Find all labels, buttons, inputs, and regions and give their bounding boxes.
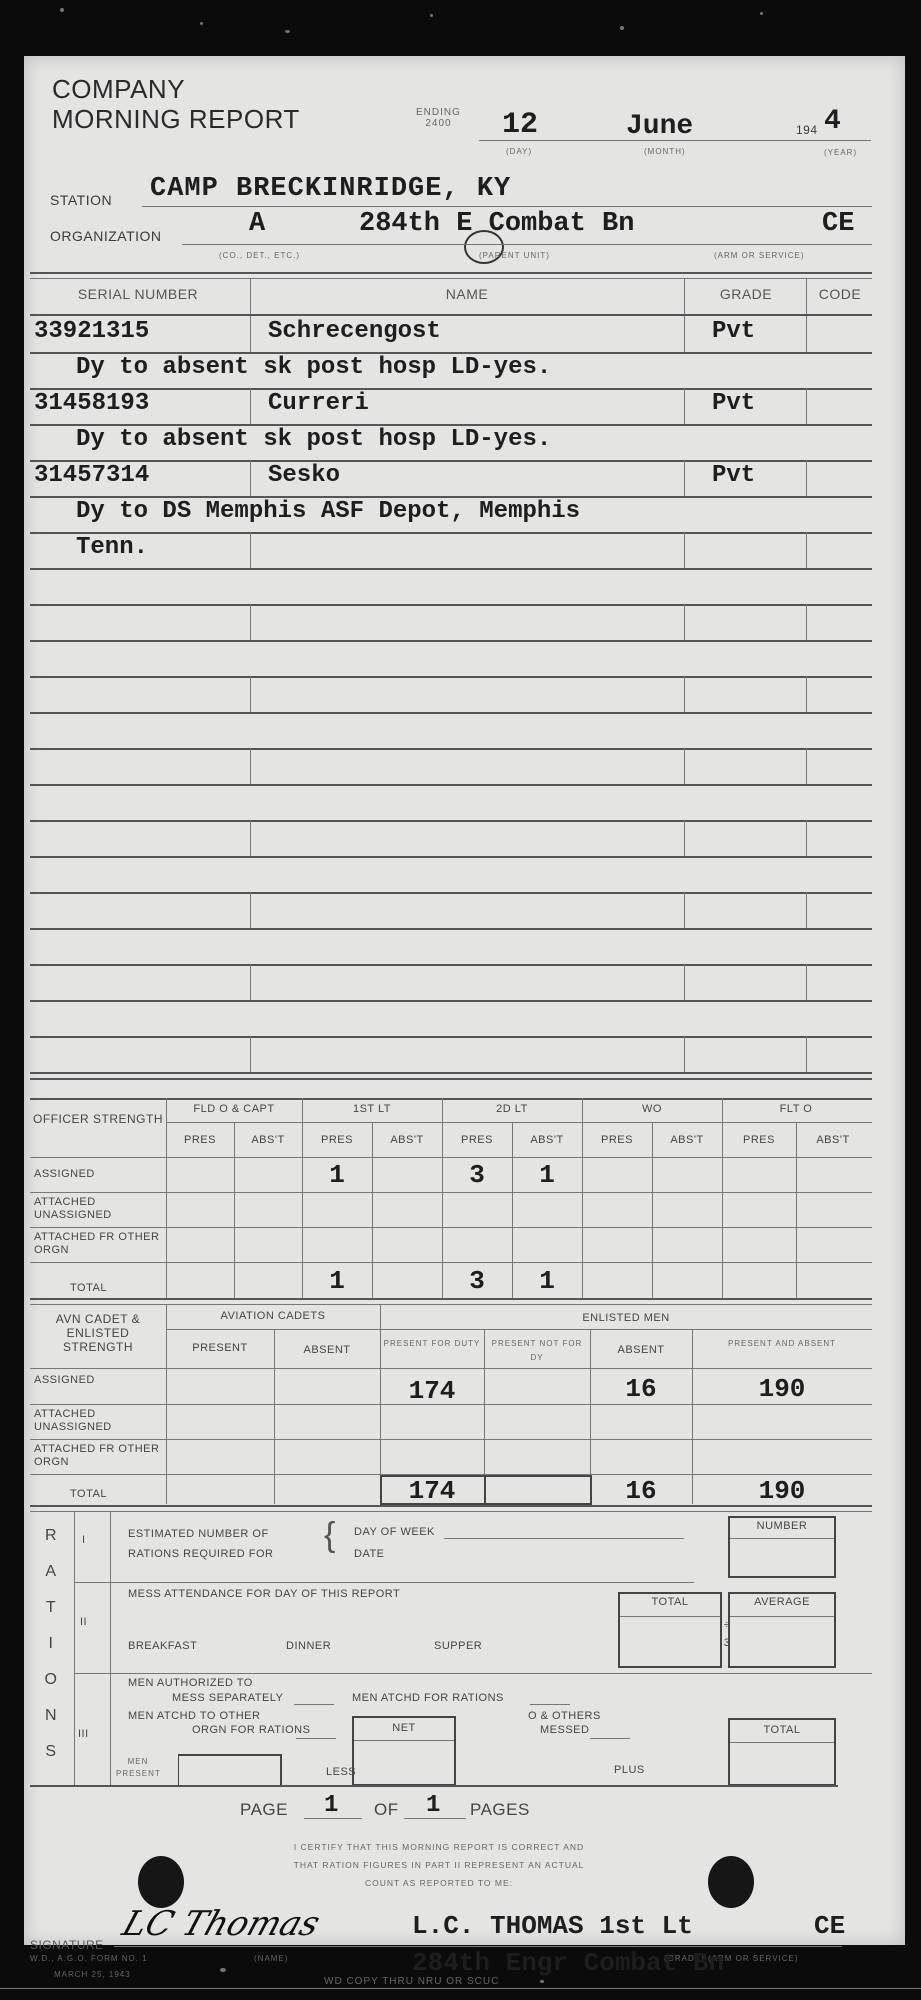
day-of-week-field[interactable] — [444, 1538, 684, 1539]
station-label: STATION — [50, 192, 112, 208]
group-wo: WO — [582, 1103, 722, 1115]
row-rule — [30, 1262, 872, 1263]
enlisted-total-absent: 16 — [590, 1476, 692, 1506]
atchd-other-label-2: ORGN FOR RATIONS — [192, 1724, 310, 1736]
others-label-2: MESSED — [540, 1724, 589, 1736]
group-enlisted-men: ENLISTED MEN — [380, 1312, 872, 1324]
row-label-assigned: ASSIGNED — [34, 1168, 95, 1180]
officer-total-2dlt-abst: 1 — [512, 1266, 582, 1296]
col-divider — [652, 1122, 653, 1298]
entry-grade: Pvt — [712, 462, 755, 489]
entry-serial: 31458193 — [34, 390, 149, 417]
col-divider — [806, 820, 807, 856]
roster-top-rule-2 — [30, 278, 872, 279]
meal-dinner: DINNER — [286, 1640, 331, 1652]
rations-required-label: ESTIMATED NUMBER OF RATIONS REQUIRED FOR — [128, 1524, 273, 1564]
col-divider — [806, 316, 807, 352]
signer-name-grade: L.C. THOMAS 1st Lt — [412, 1911, 693, 1941]
col-divider — [250, 532, 251, 568]
enlisted-assigned-present-for-duty: 174 — [380, 1376, 484, 1406]
row-label-attached-unassigned: ATTACHED UNASSIGNED — [34, 1196, 164, 1222]
entry-name: Schrecengost — [268, 318, 441, 345]
group-flt-o: FLT O — [722, 1103, 870, 1115]
co-label: (CO., DET., ETC.) — [219, 251, 300, 260]
row-rule — [30, 748, 872, 750]
enlisted-total-present-for-duty: 174 — [380, 1476, 484, 1506]
part-3-numeral: III — [78, 1728, 89, 1740]
col-divider — [484, 1475, 486, 1505]
roster-top-rule — [30, 272, 872, 274]
arm-label: (ARM OR SERVICE) — [714, 251, 805, 260]
scan-speck — [200, 22, 203, 25]
col-divider — [684, 892, 685, 928]
signature-line — [114, 1946, 842, 1947]
row-rule — [30, 532, 872, 534]
punch-hole-left — [138, 1856, 184, 1908]
entry-grade: Pvt — [712, 318, 755, 345]
station-value: CAMP BRECKINRIDGE, KY — [150, 174, 511, 204]
group-rule — [166, 1122, 872, 1123]
net-label: NET — [352, 1722, 456, 1734]
header-serial-number: SERIAL NUMBER — [32, 286, 244, 302]
page-number: 1 — [324, 1792, 338, 1819]
col-divider — [234, 1122, 235, 1298]
col-divider — [684, 748, 685, 784]
page-label: PAGE — [240, 1800, 288, 1820]
col-divider — [684, 460, 685, 496]
officer-assigned-2dlt-abst: 1 — [512, 1160, 582, 1190]
plus-label: PLUS — [614, 1764, 645, 1776]
part-1-numeral: I — [82, 1534, 86, 1546]
report-day: 12 — [502, 108, 538, 142]
entry-name: Curreri — [268, 390, 369, 417]
col-divider — [684, 604, 685, 640]
col-divider — [250, 820, 251, 856]
average-label: AVERAGE — [728, 1596, 836, 1608]
row-rule — [30, 1227, 872, 1228]
row-rule — [30, 1072, 872, 1074]
sub-pres: PRES — [302, 1134, 372, 1146]
date-label: DATE — [354, 1548, 385, 1560]
report-month: June — [626, 111, 693, 142]
row-label-total: TOTAL — [70, 1282, 107, 1294]
entry-name: Sesko — [268, 462, 340, 489]
month-label: (MONTH) — [644, 147, 686, 156]
handwritten-signature: LC Thomas — [118, 1904, 325, 1944]
col-divider — [806, 676, 807, 712]
box-rule — [620, 1616, 720, 1617]
form-date: MARCH 25, 1943 — [54, 1970, 131, 1979]
entry-grade: Pvt — [712, 390, 755, 417]
box-rule — [730, 1616, 834, 1617]
row-rule — [30, 964, 872, 966]
sub-present-not-for-dy: PRESENT NOT FOR DY — [484, 1337, 590, 1365]
enlisted-bottom-rule — [30, 1505, 872, 1507]
enlisted-strength-title: AVN CADET & ENLISTED STRENGTH — [30, 1312, 166, 1354]
group-fld-o-capt: FLD O & CAPT — [166, 1103, 302, 1115]
atchd-rations-field[interactable] — [530, 1704, 570, 1705]
sub-present-for-duty: PRESENT FOR DUTY — [380, 1337, 484, 1351]
day-label: (DAY) — [506, 147, 532, 156]
atchd-other-label-1: MEN ATCHD TO OTHER — [128, 1710, 260, 1722]
row-rule — [74, 1673, 872, 1674]
meal-supper: SUPPER — [434, 1640, 482, 1652]
row-label-attached-unassigned: ATTACHED UNASSIGNED — [34, 1408, 164, 1434]
sub-cadets-present: PRESENT — [166, 1342, 274, 1354]
row-rule — [30, 1439, 872, 1440]
col-divider — [250, 676, 251, 712]
col-divider — [250, 316, 251, 352]
row-rule — [30, 568, 872, 570]
col-divider — [250, 1036, 251, 1072]
entry-serial: 31457314 — [34, 462, 149, 489]
group-1st-lt: 1ST LT — [302, 1103, 442, 1115]
officer-strength-title: OFFICER STRENGTH — [30, 1112, 166, 1126]
part-2-numeral: II — [80, 1616, 87, 1628]
sub-pres: PRES — [722, 1134, 796, 1146]
rations-total-label: TOTAL — [728, 1724, 836, 1736]
col-divider — [74, 1511, 75, 1785]
scan-speck — [220, 1968, 226, 1972]
organization-line — [182, 244, 872, 245]
col-divider — [684, 676, 685, 712]
form-number: W.D., A.G.O. FORM NO. 1 — [30, 1954, 148, 1963]
form-title: COMPANY MORNING REPORT — [52, 74, 300, 134]
col-divider — [806, 748, 807, 784]
header-name: NAME — [252, 286, 682, 302]
col-divider — [372, 1122, 373, 1298]
row-rule-double — [30, 1078, 872, 1080]
sub-abst: ABS'T — [372, 1134, 442, 1146]
total-pages: 1 — [426, 1792, 440, 1819]
col-divider — [684, 820, 685, 856]
row-rule — [30, 1368, 872, 1369]
scan-speck — [430, 14, 433, 17]
col-divider — [796, 1122, 797, 1298]
col-divider — [250, 388, 251, 424]
rations-side-label: R A T I O N S — [38, 1518, 64, 1770]
sub-present-and-absent: PRESENT AND ABSENT — [692, 1337, 872, 1351]
morning-report-form: COMPANY MORNING REPORT ENDING 2400 12 (D… — [24, 56, 905, 1945]
enlisted-assigned-present-and-absent: 190 — [692, 1374, 872, 1404]
atchd-other-field[interactable] — [296, 1738, 336, 1739]
men-present-label: MEN PRESENT — [116, 1756, 160, 1780]
col-divider — [250, 460, 251, 496]
row-rule — [30, 640, 872, 642]
col-divider — [806, 964, 807, 1000]
col-divider — [722, 1098, 723, 1298]
row-label-attached-fr-other: ATTACHED FR OTHER ORGN — [34, 1231, 164, 1257]
year-label: (YEAR) — [824, 148, 857, 157]
arm-service-value: CE — [822, 209, 854, 239]
col-divider — [806, 460, 807, 496]
row-rule — [30, 1192, 872, 1193]
row-rule — [30, 604, 872, 606]
col-divider — [166, 1098, 167, 1298]
sub-pres: PRES — [442, 1134, 512, 1146]
row-label-attached-fr-other: ATTACHED FR OTHER ORGN — [34, 1443, 164, 1469]
row-rule — [30, 1000, 872, 1002]
enlisted-assigned-absent: 16 — [590, 1374, 692, 1404]
row-rule — [30, 1036, 872, 1038]
less-label: LESS — [326, 1766, 356, 1778]
scan-speck — [285, 30, 290, 33]
col-divider — [684, 278, 685, 314]
header-grade: GRADE — [686, 286, 806, 302]
col-divider — [684, 388, 685, 424]
entry-remark: Dy to absent sk post hosp LD-yes. — [76, 354, 551, 381]
men-present-box[interactable] — [178, 1754, 282, 1786]
sub-pres: PRES — [166, 1134, 234, 1146]
col-divider — [806, 604, 807, 640]
title-line-1: COMPANY — [52, 74, 300, 104]
group-rule — [166, 1329, 872, 1330]
box-rule — [730, 1742, 834, 1743]
group-2d-lt: 2D LT — [442, 1103, 582, 1115]
entry-remark-cont: Tenn. — [76, 534, 148, 561]
scan-speck — [60, 8, 64, 12]
box-rule — [354, 1740, 454, 1741]
officer-bottom-rule — [30, 1298, 872, 1300]
signer-arm: CE — [814, 1911, 845, 1941]
row-rule — [30, 892, 872, 894]
certification-text: I CERTIFY THAT THIS MORNING REPORT IS CO… — [204, 1838, 674, 1892]
row-rule — [30, 712, 872, 714]
row-label-total: TOTAL — [70, 1488, 107, 1500]
col-divider — [250, 964, 251, 1000]
station-line — [142, 206, 872, 207]
punch-hole-right — [708, 1856, 754, 1908]
mess-sep-label-1: MEN AUTHORIZED TO — [128, 1677, 253, 1689]
pages-label: PAGES — [470, 1800, 530, 1820]
row-rule — [30, 856, 872, 858]
row-rule — [30, 928, 872, 930]
report-year-digit: 4 — [824, 106, 841, 137]
col-divider — [684, 1036, 685, 1072]
officer-total-1stlt-pres: 1 — [302, 1266, 372, 1296]
officer-assigned-2dlt-pres: 3 — [442, 1160, 512, 1190]
col-divider — [806, 892, 807, 928]
row-rule — [30, 1157, 872, 1158]
name-caption: (NAME) — [254, 1954, 288, 1963]
of-label: OF — [374, 1800, 399, 1820]
sub-abst: ABS'T — [796, 1134, 870, 1146]
mess-attendance-title: MESS ATTENDANCE FOR DAY OF THIS REPORT — [128, 1588, 400, 1600]
col-divider — [582, 1098, 583, 1298]
rations-bottom-rule — [30, 1785, 838, 1787]
company-value: A — [249, 209, 265, 239]
ending-label: ENDING 2400 — [416, 107, 461, 129]
scan-speck — [760, 12, 763, 15]
number-label: NUMBER — [728, 1520, 836, 1532]
group-aviation-cadets: AVIATION CADETS — [166, 1310, 380, 1322]
row-rule — [30, 820, 872, 822]
officer-top-rule — [30, 1098, 872, 1100]
officer-assigned-1stlt-pres: 1 — [302, 1160, 372, 1190]
unit-label: (PARENT UNIT) — [479, 251, 550, 260]
row-rule — [74, 1582, 694, 1583]
others-messed-field[interactable] — [590, 1738, 630, 1739]
roster-header-rule — [30, 314, 872, 316]
officer-bottom-rule-2 — [30, 1304, 872, 1305]
officer-total-2dlt-pres: 3 — [442, 1266, 512, 1296]
enlisted-bottom-rule-2 — [30, 1511, 872, 1512]
sub-abst: ABS'T — [652, 1134, 722, 1146]
col-divider — [110, 1511, 111, 1785]
scan-speck — [620, 26, 624, 30]
row-rule — [30, 676, 872, 678]
year-prefix: 194 — [796, 123, 818, 137]
row-label-assigned: ASSIGNED — [34, 1374, 95, 1386]
col-divider — [250, 604, 251, 640]
enlisted-total-present-and-absent: 190 — [692, 1476, 872, 1506]
col-divider — [250, 748, 251, 784]
row-rule — [30, 1404, 872, 1405]
col-divider — [250, 278, 251, 314]
entry-remark: Dy to absent sk post hosp LD-yes. — [76, 426, 551, 453]
col-divider — [806, 388, 807, 424]
entry-remark: Dy to DS Memphis ASF Depot, Memphis — [76, 498, 580, 525]
scan-speck — [540, 1980, 544, 1983]
mess-sep-label-2: MESS SEPARATELY — [172, 1692, 283, 1704]
others-label-1: O & OTHERS — [528, 1710, 601, 1722]
sub-abst: ABS'T — [512, 1134, 582, 1146]
header-code: CODE — [808, 286, 872, 302]
col-divider — [806, 532, 807, 568]
scan-edge-line — [0, 1988, 921, 1989]
sub-pres: PRES — [582, 1134, 652, 1146]
atchd-rations-label: MEN ATCHD FOR RATIONS — [352, 1692, 504, 1704]
col-divider — [684, 532, 685, 568]
sub-abst: ABS'T — [234, 1134, 302, 1146]
col-divider — [684, 316, 685, 352]
box-rule — [730, 1538, 834, 1539]
signature-label: SIGNATURE — [30, 1938, 104, 1952]
sub-cadets-absent: ABSENT — [274, 1344, 380, 1356]
day-of-week-label: DAY OF WEEK — [354, 1526, 435, 1538]
organization-label: ORGANIZATION — [50, 228, 162, 244]
col-divider — [806, 278, 807, 314]
col-divider — [806, 1036, 807, 1072]
meal-breakfast: BREAKFAST — [128, 1640, 197, 1652]
col-divider — [250, 892, 251, 928]
col-divider — [684, 964, 685, 1000]
title-line-2: MORNING REPORT — [52, 104, 300, 134]
brace-icon: { — [324, 1518, 336, 1552]
signer-unit: 284th Engr Combat Bn — [412, 1948, 724, 1978]
sub-enlisted-absent: ABSENT — [590, 1344, 692, 1356]
row-rule — [30, 784, 872, 786]
mess-total-label: TOTAL — [618, 1596, 722, 1608]
mess-sep-field[interactable] — [294, 1704, 334, 1705]
entry-serial: 33921315 — [34, 318, 149, 345]
